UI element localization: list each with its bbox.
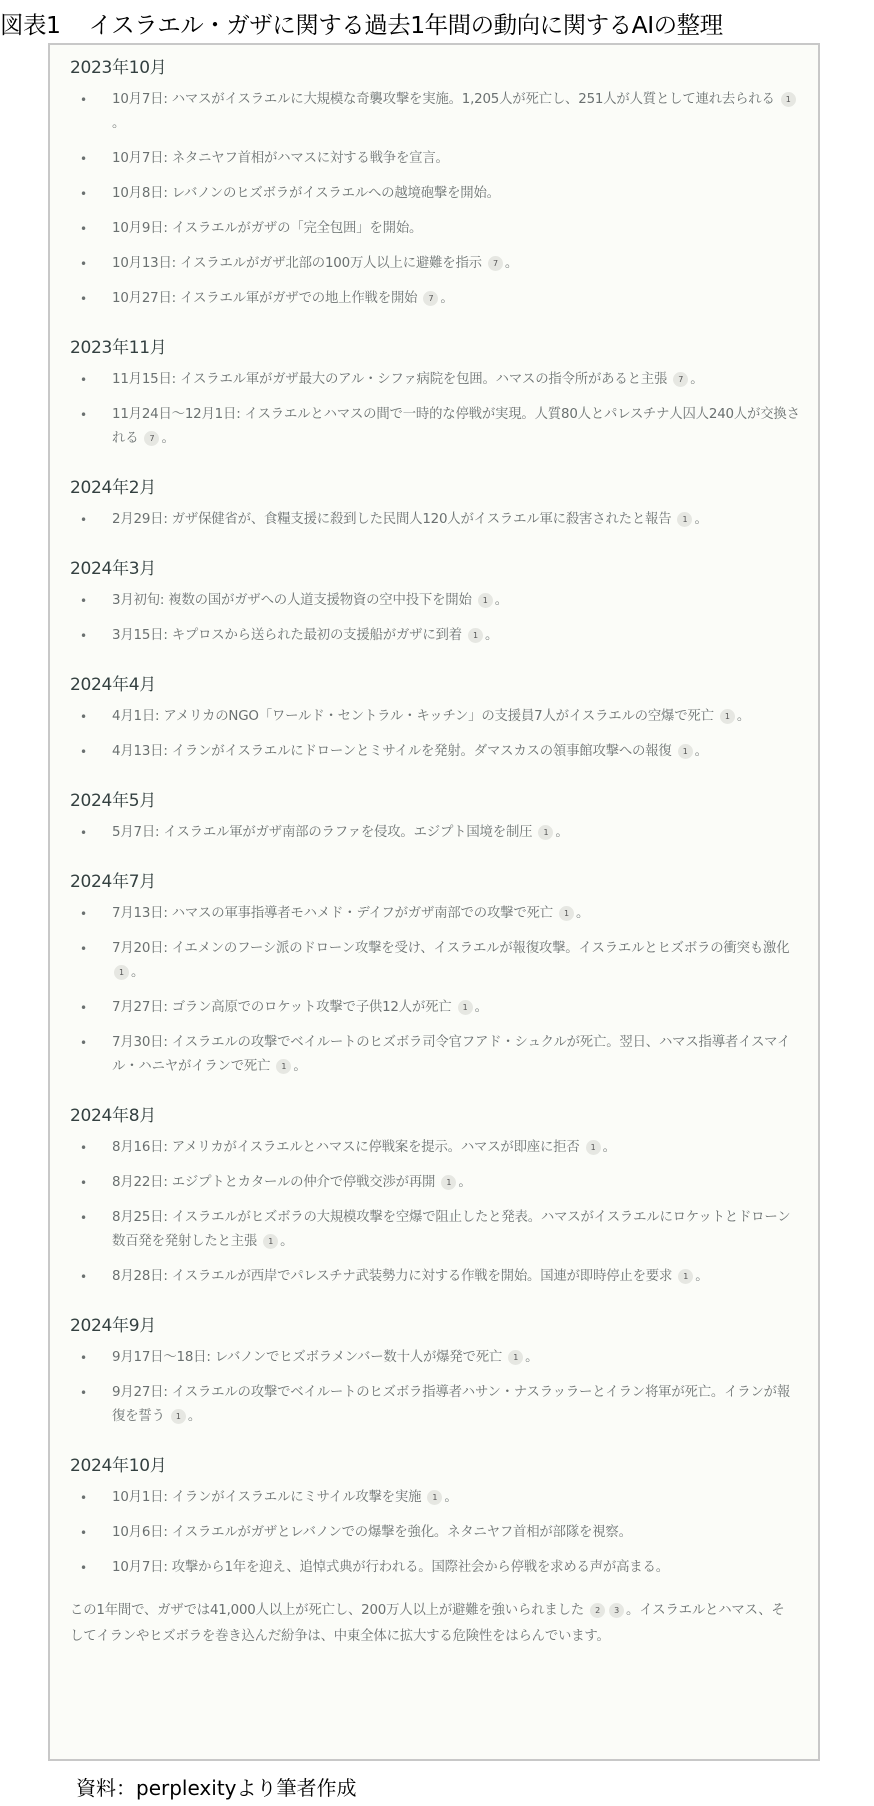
bullet-icon: •	[80, 740, 87, 764]
citation-badge[interactable]: 1	[538, 825, 553, 840]
citation-badge[interactable]: 2	[590, 1603, 605, 1618]
month-section: 2024年2月 •2月29日: ガザ保健省が、食糧支援に殺到した民間人120人が…	[70, 473, 800, 532]
event-text: 10月27日: イスラエル軍がガザでの地上作戦を開始	[112, 291, 417, 306]
period: 。	[161, 431, 174, 446]
event-list: •8月16日: アメリカがイスラエルとハマスに停戦案を提示。ハマスが即座に拒否 …	[70, 1136, 800, 1289]
event-item: •10月27日: イスラエル軍がガザでの地上作戦を開始 7。	[70, 287, 800, 311]
month-section: 2024年4月 •4月1日: アメリカのNGO「ワールド・セントラル・キッチン」…	[70, 670, 800, 764]
citation-badge[interactable]: 1	[468, 628, 483, 643]
bullet-icon: •	[80, 821, 87, 845]
event-item: •10月9日: イスラエルがガザの「完全包囲」を開始。	[70, 217, 800, 241]
event-text: 10月7日: 攻撃から1年を迎え、追悼式典が行われる。国際社会から停戦を求める声…	[112, 1560, 669, 1575]
summary-text: この1年間で、ガザでは41,000人以上が死亡し、200万人以上が避難を強いられ…	[70, 1603, 588, 1618]
month-heading: 2024年8月	[70, 1101, 800, 1126]
event-list: •5月7日: イスラエル軍がガザ南部のラファを侵攻。エジプト国境を制圧 1。	[70, 821, 800, 845]
bullet-icon: •	[80, 624, 87, 648]
month-section: 2023年11月 •11月15日: イスラエル軍がガザ最大のアル・シファ病院を包…	[70, 333, 800, 451]
month-section: 2024年3月 •3月初旬: 複数の国がガザへの人道支援物資の空中投下を開始 1…	[70, 554, 800, 648]
event-text: 8月16日: アメリカがイスラエルとハマスに停戦案を提示。ハマスが即座に拒否	[112, 1140, 580, 1155]
period: 。	[505, 256, 518, 271]
event-text: 7月20日: イエメンのフーシ派のドローン攻撃を受け、イスラエルが報復攻撃。イス…	[112, 941, 789, 956]
month-section: 2024年9月 •9月17日～18日: レバノンでヒズボラメンバー数十人が爆発で…	[70, 1311, 800, 1429]
citation-badge[interactable]: 1	[677, 512, 692, 527]
figure-title-text: イスラエル・ガザに関する過去1年間の動向に関するAIの整理	[88, 11, 722, 39]
bullet-icon: •	[80, 1556, 87, 1580]
bullet-icon: •	[80, 1381, 87, 1405]
month-heading: 2024年2月	[70, 473, 800, 498]
month-section: 2023年10月 •10月7日: ハマスがイスラエルに大規模な奇襲攻撃を実施。1…	[70, 53, 800, 311]
bullet-icon: •	[80, 1521, 87, 1545]
event-text: 4月13日: イランがイスラエルにドローンとミサイルを発射。ダマスカスの領事館攻…	[112, 744, 672, 759]
bullet-icon: •	[80, 1346, 87, 1370]
summary-paragraph: この1年間で、ガザでは41,000人以上が死亡し、200万人以上が避難を強いられ…	[70, 1598, 800, 1650]
period: 。	[112, 116, 125, 131]
period: 。	[525, 1350, 538, 1365]
month-heading: 2024年5月	[70, 786, 800, 811]
event-text: 11月24日～12月1日: イスラエルとハマスの間で一時的な停戦が実現。人質80…	[112, 407, 800, 446]
period: 。	[280, 1234, 293, 1249]
event-text: 8月25日: イスラエルがヒズボラの大規模攻撃を空爆で阻止したと発表。ハマスがイ…	[112, 1210, 790, 1249]
event-text: 9月27日: イスラエルの攻撃でベイルートのヒズボラ指導者ハサン・ナスラッラーと…	[112, 1385, 790, 1424]
event-item: •8月25日: イスラエルがヒズボラの大規模攻撃を空爆で阻止したと発表。ハマスが…	[70, 1206, 800, 1254]
month-heading: 2023年11月	[70, 333, 800, 358]
month-section: 2024年5月 •5月7日: イスラエル軍がガザ南部のラファを侵攻。エジプト国境…	[70, 786, 800, 845]
event-item: •9月17日～18日: レバノンでヒズボラメンバー数十人が爆発で死亡 1。	[70, 1346, 800, 1370]
citation-badge[interactable]: 1	[678, 1269, 693, 1284]
bullet-icon: •	[80, 147, 87, 171]
citation-badge[interactable]: 1	[678, 744, 693, 759]
month-section: 2024年10月 •10月1日: イランがイスラエルにミサイル攻撃を実施 1。•…	[70, 1451, 800, 1580]
figure-number: 図表1	[0, 11, 60, 39]
period: 。	[188, 1409, 201, 1424]
event-item: •3月初旬: 複数の国がガザへの人道支援物資の空中投下を開始 1。	[70, 589, 800, 613]
bullet-icon: •	[80, 1136, 87, 1160]
event-text: 8月22日: エジプトとカタールの仲介で停戦交渉が再開	[112, 1175, 435, 1190]
event-item: •7月27日: ゴラン高原でのロケット攻撃で子供12人が死亡 1。	[70, 996, 800, 1020]
event-item: •10月7日: ハマスがイスラエルに大規模な奇襲攻撃を実施。1,205人が死亡し…	[70, 88, 800, 136]
event-item: •10月1日: イランがイスラエルにミサイル攻撃を実施 1。	[70, 1486, 800, 1510]
event-list: •10月7日: ハマスがイスラエルに大規模な奇襲攻撃を実施。1,205人が死亡し…	[70, 88, 800, 311]
period: 。	[690, 372, 703, 387]
bullet-icon: •	[80, 1031, 87, 1055]
event-text: 9月17日～18日: レバノンでヒズボラメンバー数十人が爆発で死亡	[112, 1350, 502, 1365]
bullet-icon: •	[80, 1265, 87, 1289]
period: 。	[694, 512, 707, 527]
citation-badge[interactable]: 7	[423, 291, 438, 306]
bullet-icon: •	[80, 252, 87, 276]
event-text: 10月9日: イスラエルがガザの「完全包囲」を開始。	[112, 221, 422, 236]
event-item: •4月1日: アメリカのNGO「ワールド・セントラル・キッチン」の支援員7人がイ…	[70, 705, 800, 729]
figure-source: 資料：perplexityより筆者作成	[76, 1772, 357, 1801]
period: 。	[695, 744, 708, 759]
event-item: •10月13日: イスラエルがガザ北部の100万人以上に避難を指示 7。	[70, 252, 800, 276]
bullet-icon: •	[80, 902, 87, 926]
citation-badge[interactable]: 1	[427, 1490, 442, 1505]
citation-badge[interactable]: 1	[441, 1175, 456, 1190]
event-item: •11月15日: イスラエル軍がガザ最大のアル・シファ病院を包囲。ハマスの指令所…	[70, 368, 800, 392]
event-item: •10月7日: 攻撃から1年を迎え、追悼式典が行われる。国際社会から停戦を求める…	[70, 1556, 800, 1580]
event-item: •5月7日: イスラエル軍がガザ南部のラファを侵攻。エジプト国境を制圧 1。	[70, 821, 800, 845]
citation-badge[interactable]: 1	[478, 593, 493, 608]
event-text: 10月7日: ハマスがイスラエルに大規模な奇襲攻撃を実施。1,205人が死亡し、…	[112, 92, 775, 107]
citation-badge[interactable]: 1	[458, 1000, 473, 1015]
event-list: •2月29日: ガザ保健省が、食糧支援に殺到した民間人120人がイスラエル軍に殺…	[70, 508, 800, 532]
citation-badge[interactable]: 1	[586, 1140, 601, 1155]
event-list: •7月13日: ハマスの軍事指導者モハメド・デイフがガザ南部での攻撃で死亡 1。…	[70, 902, 800, 1079]
event-list: •9月17日～18日: レバノンでヒズボラメンバー数十人が爆発で死亡 1。•9月…	[70, 1346, 800, 1429]
bullet-icon: •	[80, 287, 87, 311]
bullet-icon: •	[80, 217, 87, 241]
citation-badge[interactable]: 1	[276, 1059, 291, 1074]
citation-badge[interactable]: 1	[171, 1409, 186, 1424]
event-list: •10月1日: イランがイスラエルにミサイル攻撃を実施 1。•10月6日: イス…	[70, 1486, 800, 1580]
period: 。	[695, 1269, 708, 1284]
bullet-icon: •	[80, 368, 87, 392]
event-item: •8月16日: アメリカがイスラエルとハマスに停戦案を提示。ハマスが即座に拒否 …	[70, 1136, 800, 1160]
event-text: 5月7日: イスラエル軍がガザ南部のラファを侵攻。エジプト国境を制圧	[112, 825, 532, 840]
citation-badge[interactable]: 1	[508, 1350, 523, 1365]
event-text: 10月7日: ネタニヤフ首相がハマスに対する戦争を宣言。	[112, 151, 449, 166]
period: 。	[485, 628, 498, 643]
bullet-icon: •	[80, 1206, 87, 1230]
period: 。	[603, 1140, 616, 1155]
bullet-icon: •	[80, 182, 87, 206]
period: 。	[555, 825, 568, 840]
event-item: •7月30日: イスラエルの攻撃でベイルートのヒズボラ司令官フアド・シュクルが死…	[70, 1031, 800, 1079]
bullet-icon: •	[80, 937, 87, 961]
bullet-icon: •	[80, 1486, 87, 1510]
event-item: •7月13日: ハマスの軍事指導者モハメド・デイフがガザ南部での攻撃で死亡 1。	[70, 902, 800, 926]
event-item: •10月8日: レバノンのヒズボラがイスラエルへの越境砲撃を開始。	[70, 182, 800, 206]
event-list: •11月15日: イスラエル軍がガザ最大のアル・シファ病院を包囲。ハマスの指令所…	[70, 368, 800, 451]
event-text: 8月28日: イスラエルが西岸でパレスチナ武装勢力に対する作戦を開始。国連が即時…	[112, 1269, 672, 1284]
citation-badge[interactable]: 3	[609, 1603, 624, 1618]
event-text: 11月15日: イスラエル軍がガザ最大のアル・シファ病院を包囲。ハマスの指令所が…	[112, 372, 667, 387]
event-item: •10月7日: ネタニヤフ首相がハマスに対する戦争を宣言。	[70, 147, 800, 171]
event-item: •4月13日: イランがイスラエルにドローンとミサイルを発射。ダマスカスの領事館…	[70, 740, 800, 764]
citation-badge[interactable]: 7	[144, 431, 159, 446]
event-text: 10月13日: イスラエルがガザ北部の100万人以上に避難を指示	[112, 256, 482, 271]
period: 。	[444, 1490, 457, 1505]
timeline-box: 2023年10月 •10月7日: ハマスがイスラエルに大規模な奇襲攻撃を実施。1…	[48, 43, 820, 1761]
event-text: 10月1日: イランがイスラエルにミサイル攻撃を実施	[112, 1490, 421, 1505]
period: 。	[737, 709, 750, 724]
citation-badge[interactable]: 1	[559, 906, 574, 921]
bullet-icon: •	[80, 88, 87, 112]
timeline-content: 2023年10月 •10月7日: ハマスがイスラエルに大規模な奇襲攻撃を実施。1…	[50, 45, 818, 1650]
event-item: •2月29日: ガザ保健省が、食糧支援に殺到した民間人120人がイスラエル軍に殺…	[70, 508, 800, 532]
bullet-icon: •	[80, 508, 87, 532]
month-section: 2024年7月 •7月13日: ハマスの軍事指導者モハメド・デイフがガザ南部での…	[70, 867, 800, 1079]
citation-badge[interactable]: 7	[673, 372, 688, 387]
event-item: •10月6日: イスラエルがガザとレバノンでの爆撃を強化。ネタニヤフ首相が部隊を…	[70, 1521, 800, 1545]
bullet-icon: •	[80, 403, 87, 427]
event-list: •4月1日: アメリカのNGO「ワールド・セントラル・キッチン」の支援員7人がイ…	[70, 705, 800, 764]
event-item: •9月27日: イスラエルの攻撃でベイルートのヒズボラ指導者ハサン・ナスラッラー…	[70, 1381, 800, 1429]
event-text: 3月初旬: 複数の国がガザへの人道支援物資の空中投下を開始	[112, 593, 472, 608]
event-text: 2月29日: ガザ保健省が、食糧支援に殺到した民間人120人がイスラエル軍に殺害…	[112, 512, 671, 527]
event-item: •11月24日～12月1日: イスラエルとハマスの間で一時的な停戦が実現。人質8…	[70, 403, 800, 451]
event-list: •3月初旬: 複数の国がガザへの人道支援物資の空中投下を開始 1。•3月15日:…	[70, 589, 800, 648]
event-text: 4月1日: アメリカのNGO「ワールド・セントラル・キッチン」の支援員7人がイス…	[112, 709, 714, 724]
citation-badge[interactable]: 7	[488, 256, 503, 271]
citation-badge[interactable]: 1	[720, 709, 735, 724]
period: 。	[475, 1000, 488, 1015]
month-heading: 2024年4月	[70, 670, 800, 695]
citation-badge[interactable]: 1	[114, 965, 129, 980]
period: 。	[495, 593, 508, 608]
period: 。	[576, 906, 589, 921]
event-text: 10月8日: レバノンのヒズボラがイスラエルへの越境砲撃を開始。	[112, 186, 500, 201]
bullet-icon: •	[80, 705, 87, 729]
month-heading: 2024年9月	[70, 1311, 800, 1336]
event-text: 7月27日: ゴラン高原でのロケット攻撃で子供12人が死亡	[112, 1000, 452, 1015]
bullet-icon: •	[80, 1171, 87, 1195]
period: 。	[293, 1059, 306, 1074]
event-item: •7月20日: イエメンのフーシ派のドローン攻撃を受け、イスラエルが報復攻撃。イ…	[70, 937, 800, 985]
month-heading: 2024年7月	[70, 867, 800, 892]
month-heading: 2023年10月	[70, 53, 800, 78]
citation-badge[interactable]: 1	[263, 1234, 278, 1249]
figure-title: 図表1イスラエル・ガザに関する過去1年間の動向に関するAIの整理	[0, 6, 874, 40]
event-text: 10月6日: イスラエルがガザとレバノンでの爆撃を強化。ネタニヤフ首相が部隊を視…	[112, 1525, 632, 1540]
month-section: 2024年8月 •8月16日: アメリカがイスラエルとハマスに停戦案を提示。ハマ…	[70, 1101, 800, 1289]
event-text: 7月30日: イスラエルの攻撃でベイルートのヒズボラ司令官フアド・シュクルが死亡…	[112, 1035, 790, 1074]
event-text: 7月13日: ハマスの軍事指導者モハメド・デイフがガザ南部での攻撃で死亡	[112, 906, 553, 921]
bullet-icon: •	[80, 589, 87, 613]
bullet-icon: •	[80, 996, 87, 1020]
month-heading: 2024年3月	[70, 554, 800, 579]
month-heading: 2024年10月	[70, 1451, 800, 1476]
event-item: •3月15日: キプロスから送られた最初の支援船がガザに到着 1。	[70, 624, 800, 648]
period: 。	[440, 291, 453, 306]
event-item: •8月28日: イスラエルが西岸でパレスチナ武装勢力に対する作戦を開始。国連が即…	[70, 1265, 800, 1289]
period: 。	[458, 1175, 471, 1190]
citation-badge[interactable]: 1	[781, 92, 796, 107]
event-item: •8月22日: エジプトとカタールの仲介で停戦交渉が再開 1。	[70, 1171, 800, 1195]
event-text: 3月15日: キプロスから送られた最初の支援船がガザに到着	[112, 628, 462, 643]
period: 。	[131, 965, 144, 980]
